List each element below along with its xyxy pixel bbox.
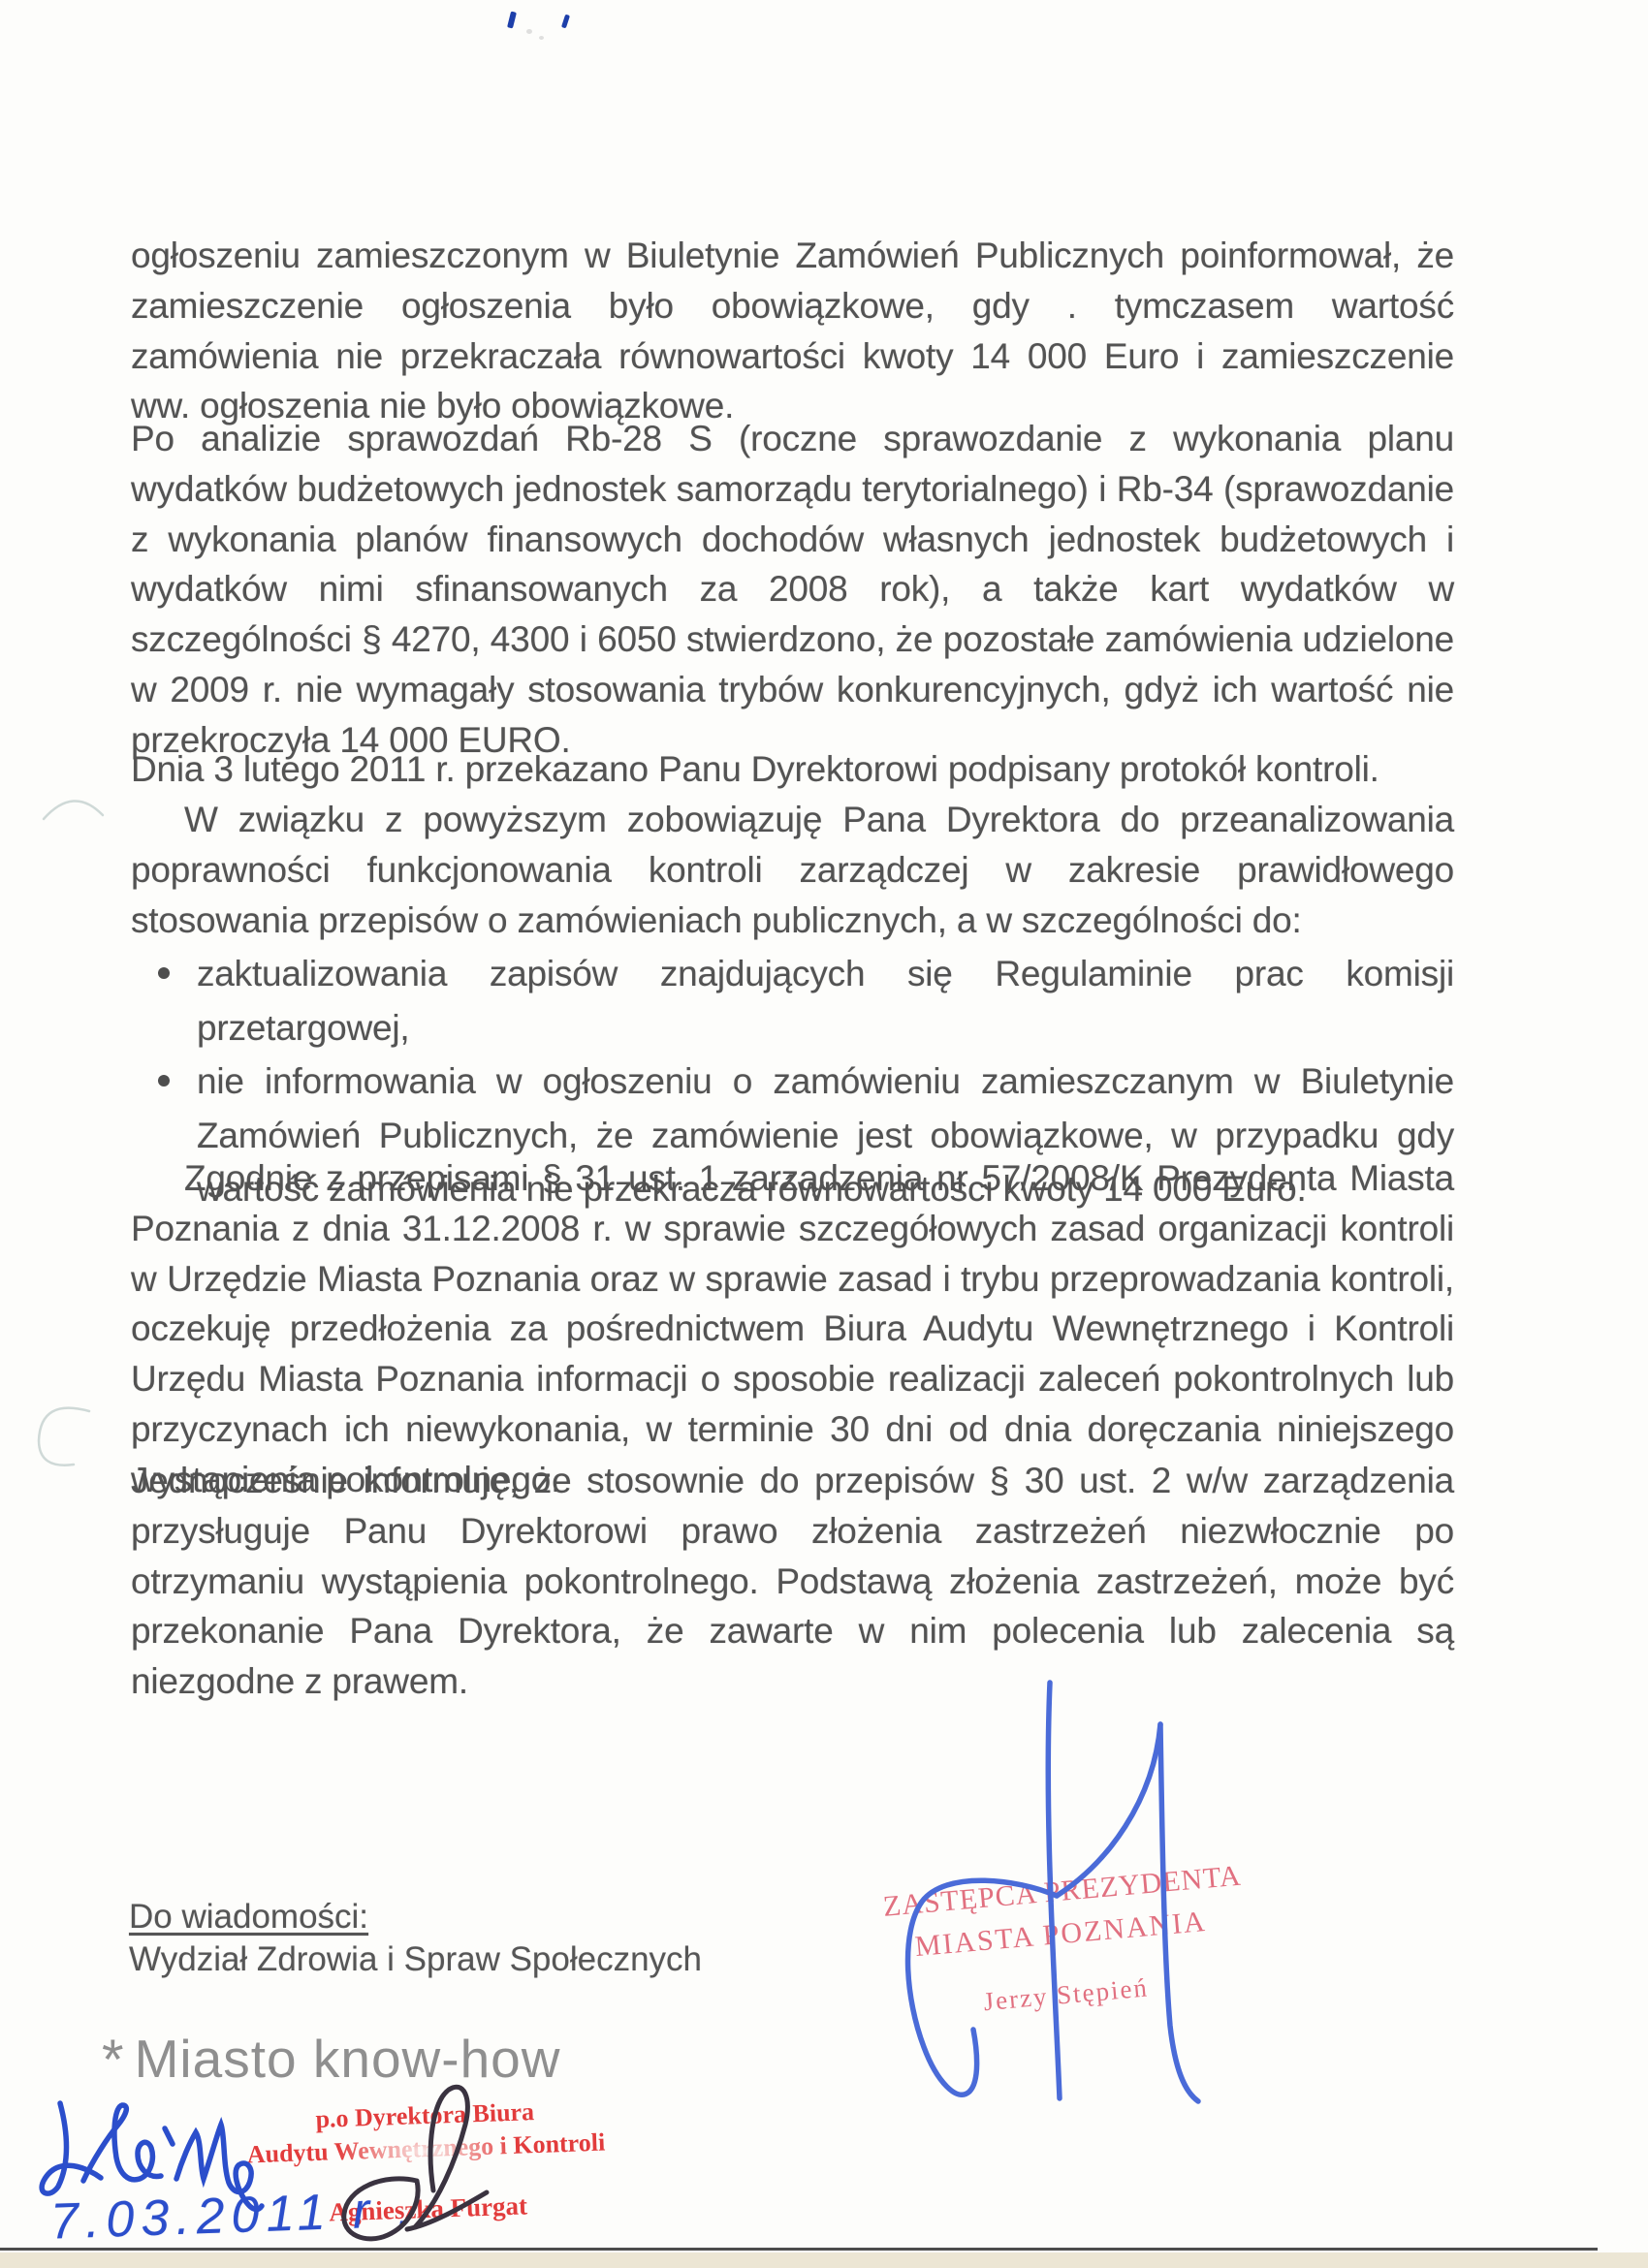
bullet-dot-icon xyxy=(158,967,170,979)
deputy-president-stamp: ZASTĘPCA PREZYDENTA MIASTA POZNANIA Jerz… xyxy=(882,1861,1242,2026)
bullet-item-text: zaktualizowania zapisów znajdujących się… xyxy=(197,954,1454,1048)
scan-speck-artifact xyxy=(539,36,544,40)
body-paragraph-5: Zgodnie z przepisami § 31 ust. 1 zarządz… xyxy=(131,1153,1454,1505)
handwritten-date: 7.03.2011 r . xyxy=(49,2180,419,2251)
body-paragraph-4: W związku z powyższym zobowiązuję Pana D… xyxy=(131,795,1454,945)
asterisk-logo-icon: * xyxy=(102,2029,125,2092)
city-logo: *Miasto know-how xyxy=(102,2028,560,2093)
scan-artifact-arc-left xyxy=(39,801,103,1465)
scan-edge-band xyxy=(0,2252,1648,2268)
scan-edge-line xyxy=(0,2248,1598,2251)
cc-heading: Do wiadomości: xyxy=(129,1896,702,1938)
ink-speck-artifact xyxy=(561,15,570,29)
ink-speck-artifact xyxy=(507,12,517,29)
bullet-dot-icon xyxy=(158,1075,170,1087)
bullet-item: zaktualizowania zapisów znajdujących się… xyxy=(197,947,1454,1055)
document-page: ogłoszeniu zamieszczonym w Biuletynie Za… xyxy=(0,0,1648,2268)
deputy-stamp-name: Jerzy Stępień xyxy=(891,1965,1241,2025)
body-paragraph-1: ogłoszeniu zamieszczonym w Biuletynie Za… xyxy=(131,231,1454,431)
stamp-fade-artifact xyxy=(339,2123,514,2181)
cc-recipient: Wydział Zdrowia i Spraw Społecznych xyxy=(129,1938,702,1981)
body-paragraph-2: Po analizie sprawozdań Rb-28 S (roczne s… xyxy=(131,414,1454,766)
city-logo-text: Miasto know-how xyxy=(135,2029,561,2089)
body-paragraph-3: Dnia 3 lutego 2011 r. przekazano Panu Dy… xyxy=(131,744,1454,795)
scan-speck-artifact xyxy=(526,29,532,34)
body-paragraph-6: Jednocześnie informuję, że stosownie do … xyxy=(131,1456,1454,1707)
cc-block: Do wiadomości: Wydział Zdrowia i Spraw S… xyxy=(129,1896,702,1981)
